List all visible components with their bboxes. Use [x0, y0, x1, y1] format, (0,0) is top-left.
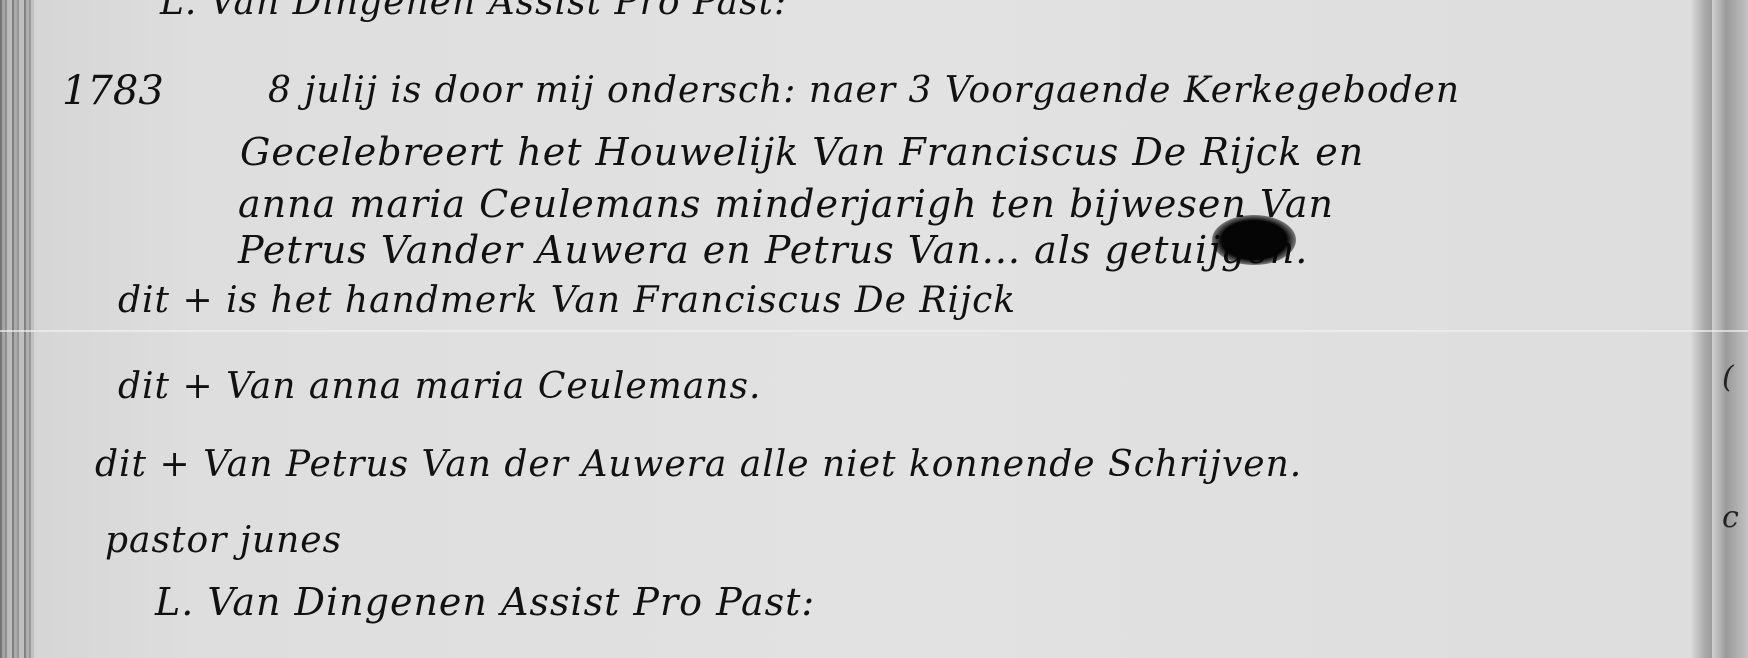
book-binding-edge [0, 0, 34, 658]
scanned-document-page: L. Van Dingenen Assist Pro Past: 1783 8 … [0, 0, 1748, 658]
adjacent-page-mark: c [1722, 500, 1739, 535]
entry-line-3: anna maria Ceulemans minderjarigh ten bi… [238, 182, 1334, 226]
witness-mark-line: dit + Van Petrus Van der Auwera alle nie… [95, 444, 1302, 485]
entry-line-2: Gecelebreert het Houwelijk Van Franciscu… [240, 130, 1364, 174]
assistant-signature: L. Van Dingenen Assist Pro Past: [155, 580, 815, 624]
groom-mark-line: dit + is het handmerk Van Franciscus De … [118, 280, 1016, 321]
entry-year: 1783 [62, 68, 164, 114]
pastor-signature: pastor junes [105, 520, 342, 561]
next-page-edge [1712, 0, 1748, 658]
entry-line-4: Petrus Vander Auwera en Petrus Van... al… [238, 228, 1308, 272]
bride-mark-line: dit + Van anna maria Ceulemans. [118, 366, 761, 407]
entry-line-1: 8 julij is door mij ondersch: naer 3 Voo… [268, 70, 1460, 111]
previous-entry-signature: L. Van Dingenen Assist Pro Past: [160, 0, 787, 23]
ink-blot [1212, 215, 1296, 265]
page-fold-line [0, 330, 1748, 332]
adjacent-page-mark: ( [1722, 360, 1734, 395]
